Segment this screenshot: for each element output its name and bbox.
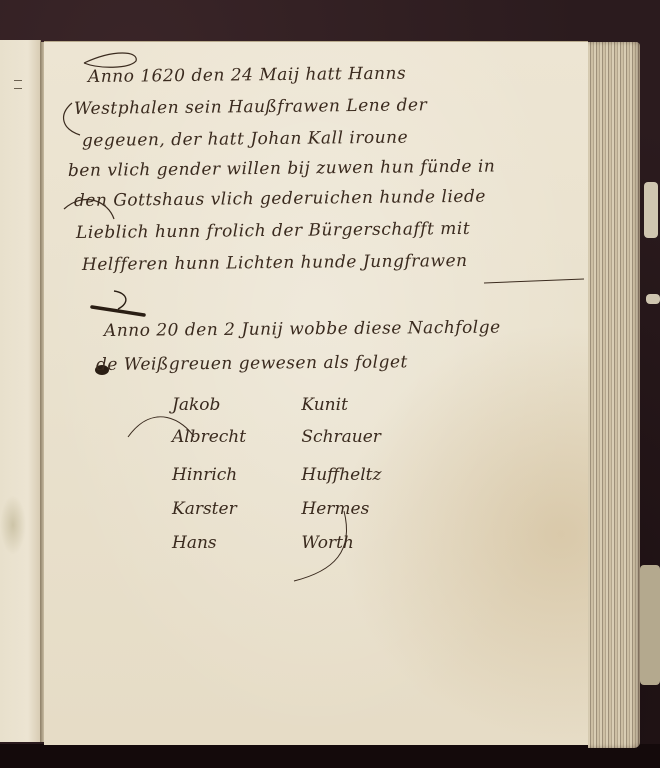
binding-thread (646, 294, 660, 304)
manuscript-line: de Weißgreuen gewesen als folget (96, 352, 408, 375)
handwritten-text: Anno 1620 den 24 Maij hatt Hanns Westpha… (44, 41, 588, 744)
name-list-item: Karster Hermes (172, 499, 369, 519)
page-edges-stack (588, 42, 640, 748)
first-name: Albrecht (172, 427, 296, 447)
first-name: Jakob (172, 395, 296, 415)
manuscript-line: Lieblich hunn frolich der Bürgerschafft … (76, 219, 470, 243)
bottom-shadow (0, 744, 660, 768)
left-page-mark (14, 80, 22, 81)
left-page-mark (14, 88, 22, 89)
last-name: Huffheltz (301, 465, 381, 485)
left-page-edge (0, 40, 41, 742)
manuscript-line: Helfferen hunn Lichten hunde Jungfrawen (82, 251, 468, 275)
binding-thread (644, 182, 658, 238)
paper-stain (0, 495, 26, 555)
binding-thread (640, 565, 660, 685)
manuscript-line: gegeuen, der hatt Johan Kall iroune (82, 128, 408, 151)
manuscript-line: Westphalen sein Haußfrawen Lene der (74, 95, 427, 119)
manuscript-line: den Gottshaus vlich gederuichen hunde li… (74, 187, 486, 211)
name-list-item: Hinrich Huffheltz (172, 465, 381, 485)
manuscript-line: Anno 20 den 2 Junij wobbe diese Nachfolg… (104, 318, 501, 341)
name-list-item: Hans Worth (172, 533, 354, 553)
last-name: Hermes (301, 499, 369, 519)
manuscript-line: ben vlich gender willen bij zuwen hun fü… (68, 157, 496, 181)
last-name: Worth (301, 533, 353, 553)
first-name: Hans (172, 533, 296, 553)
first-name: Karster (172, 499, 296, 519)
last-name: Kunit (301, 395, 348, 415)
manuscript-line: Anno 1620 den 24 Maij hatt Hanns (88, 64, 406, 87)
first-name: Hinrich (172, 465, 296, 485)
name-list-item: Jakob Kunit (172, 395, 348, 415)
last-name: Schrauer (301, 427, 381, 447)
name-list-item: Albrecht Schrauer (172, 427, 381, 447)
